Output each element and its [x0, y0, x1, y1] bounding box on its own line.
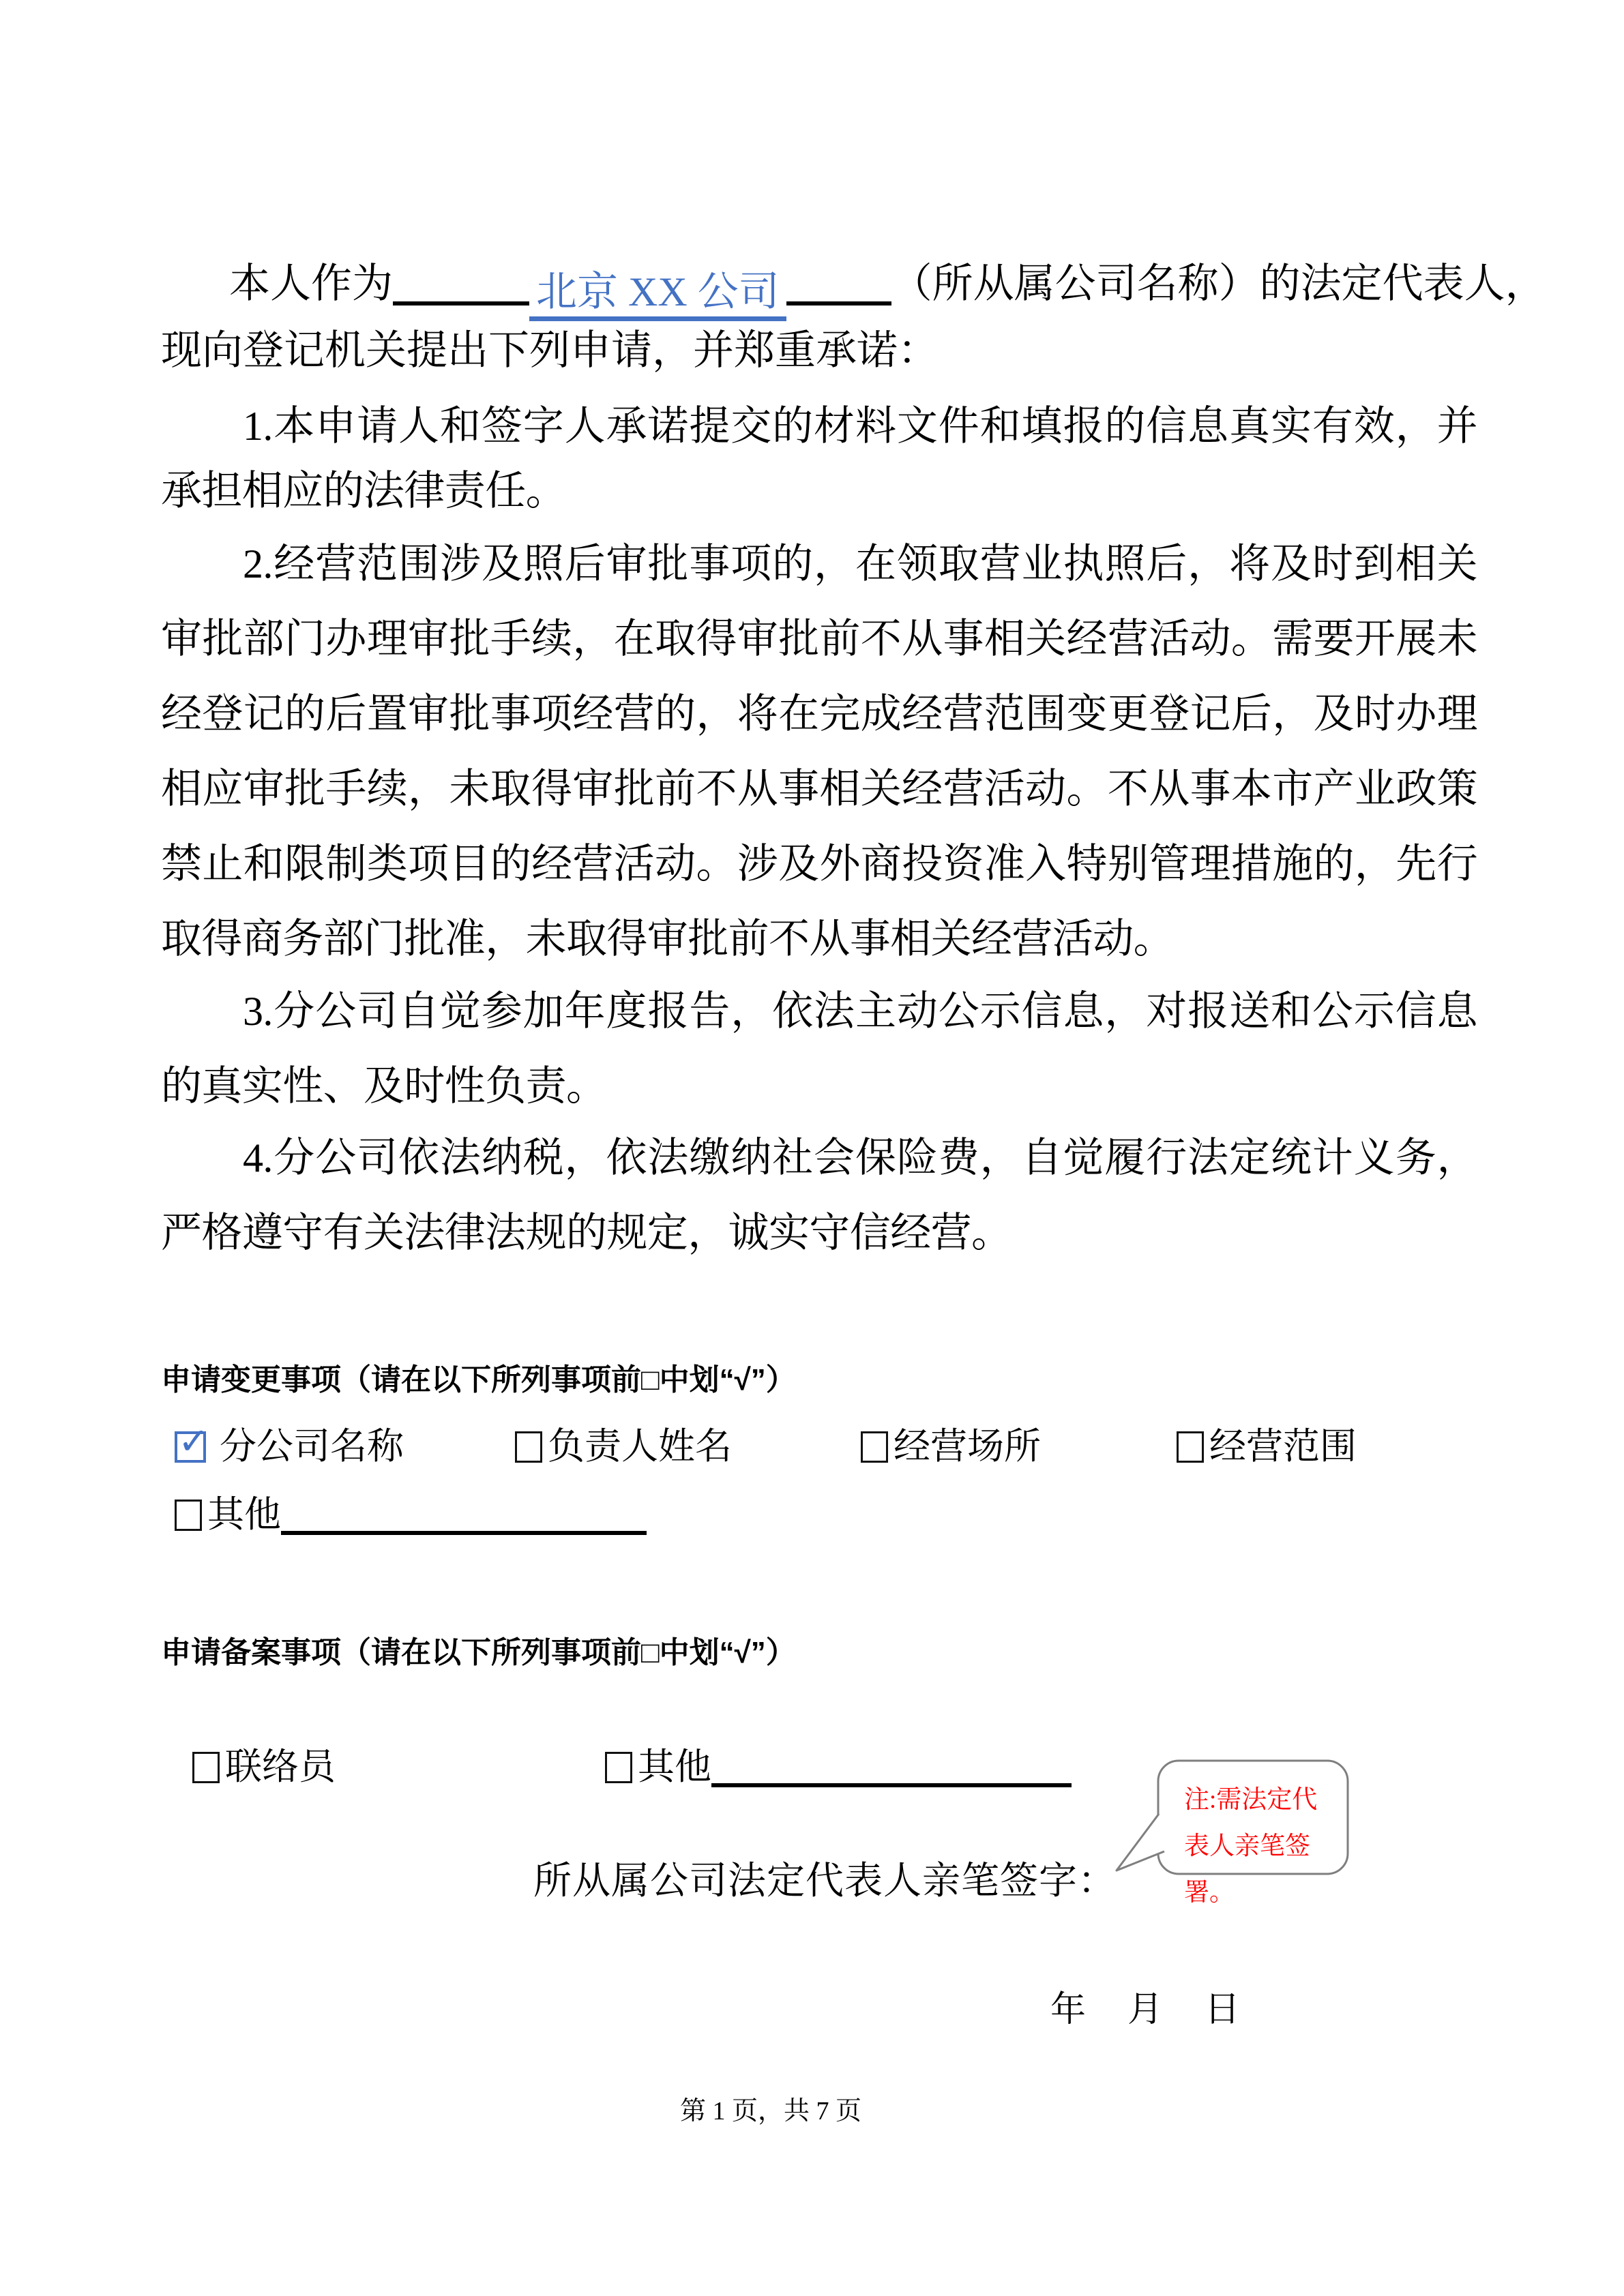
date-line: 年 月 日: [1050, 1980, 1240, 2031]
checkbox-checked-icon[interactable]: ✓: [175, 1431, 206, 1463]
checkbox-empty-icon[interactable]: [861, 1431, 888, 1463]
checkbox-empty-icon[interactable]: [192, 1752, 220, 1783]
intro-line-1: 本人作为北京 XX 公司（所从属公司名称）的法定代表人，: [161, 252, 1539, 321]
commitment-paragraph-3: 3.分公司自觉参加年度报告，依法主动公示信息，对报送和公示信息的真实性、及时性负…: [161, 974, 1477, 1124]
intro-suffix: （所从属公司名称）的法定代表人，: [891, 261, 1546, 306]
option-label: 经营范围: [1209, 1426, 1357, 1467]
change-other-row: 其他: [161, 1485, 1488, 1540]
option-label: 分公司名称: [220, 1426, 404, 1467]
checkbox-option-liaison[interactable]: 联络员: [192, 1738, 336, 1790]
intro-line-2: 现向登记机关提出下列申请，并郑重承诺：: [161, 319, 1511, 382]
other-fill-in-blank[interactable]: [711, 1774, 1072, 1787]
other-fill-in-blank[interactable]: [281, 1521, 647, 1535]
option-label: 经营场所: [894, 1426, 1041, 1467]
checkmark-icon: ✓: [178, 1423, 209, 1460]
option-label: 其他: [207, 1494, 281, 1535]
checkbox-option-business-premises[interactable]: 经营场所: [861, 1417, 1041, 1470]
filing-section-heading: 申请备案事项（请在以下所列事项前□中划“√”）: [161, 1634, 1477, 1672]
commitment-paragraph-2: 2.经营范围涉及照后审批事项的，在领取营业执照后，将及时到相关审批部门办理审批手…: [161, 526, 1477, 976]
note-text: 注:需法定代表人亲笔签署。: [1184, 1777, 1342, 1916]
day-label: 日: [1205, 1991, 1240, 2029]
change-section-heading: 申请变更事项（请在以下所列事项前□中划“√”）: [161, 1361, 1477, 1399]
change-options-row: ✓分公司名称 负责人姓名 经营场所 经营范围: [161, 1417, 1488, 1472]
option-label: 联络员: [225, 1746, 336, 1787]
checkbox-option-change-other[interactable]: 其他: [175, 1485, 647, 1538]
checkbox-empty-icon[interactable]: [175, 1500, 202, 1531]
callout-tail: [1117, 1814, 1164, 1870]
option-label: 其他: [638, 1746, 711, 1787]
page-number-footer: 第 1 页，共 7 页: [0, 2089, 1541, 2127]
commitment-paragraph-4: 4.分公司依法纳税，依法缴纳社会保险费，自觉履行法定统计义务，严格遵守有关法律法…: [161, 1120, 1477, 1270]
option-label: 负责人姓名: [548, 1426, 732, 1467]
checkbox-option-filing-other[interactable]: 其他: [605, 1738, 1072, 1790]
fill-in-blank-left: [393, 292, 529, 305]
checkbox-option-person-in-charge[interactable]: 负责人姓名: [515, 1417, 732, 1470]
month-label: 月: [1127, 1991, 1163, 2029]
commitment-paragraph-1: 1.本申请人和签字人承诺提交的材料文件和填报的信息真实有效，并承担相应的法律责任…: [161, 394, 1477, 524]
checkbox-option-business-scope[interactable]: 经营范围: [1177, 1417, 1357, 1470]
checkbox-option-branch-name[interactable]: ✓分公司名称: [175, 1417, 404, 1470]
intro-prefix: 本人作为: [161, 261, 393, 306]
year-label: 年: [1050, 1991, 1086, 2029]
checkbox-empty-icon[interactable]: [1177, 1431, 1204, 1463]
fill-in-blank-right: [786, 292, 891, 305]
company-name-value: 北京 XX 公司: [529, 270, 786, 321]
signature-label: 所从属公司法定代表人亲笔签字：: [533, 1851, 1117, 1905]
document-page: 本人作为北京 XX 公司（所从属公司名称）的法定代表人， 现向登记机关提出下列申…: [0, 0, 1624, 2296]
checkbox-empty-icon[interactable]: [515, 1431, 542, 1463]
checkbox-empty-icon[interactable]: [605, 1752, 632, 1783]
